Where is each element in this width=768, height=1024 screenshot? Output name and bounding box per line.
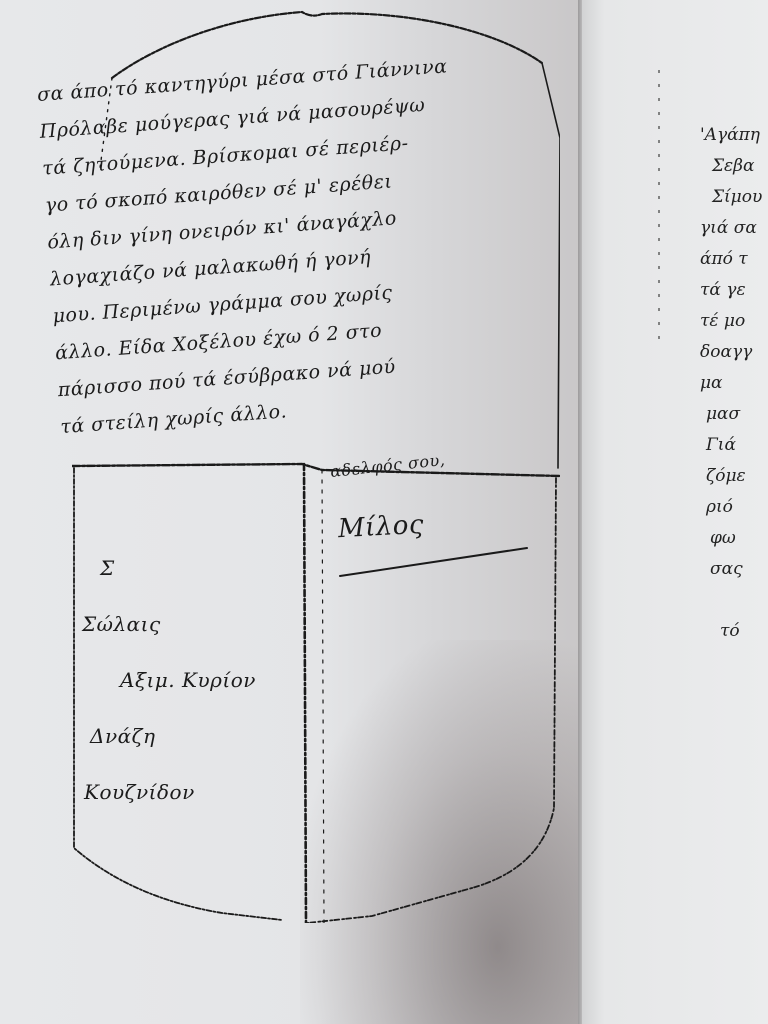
right-line: φω [710,523,762,554]
right-line: τό [720,616,762,647]
right-line: άπό τ [700,244,762,275]
right-line: Σεβα [712,151,762,182]
right-line: τά γε [700,275,762,306]
right-line: Γιά [706,430,762,461]
right-line: Σίμου [712,182,762,213]
right-line: μα [700,368,762,399]
letter-body: σα άπο τό καντηγύρι μέσα στό Γιάννινα Πρ… [36,49,472,447]
right-line: γιά σα [700,213,762,244]
right-page-dashed-margin [658,70,660,350]
right-page-text: 'Αγάπη Σεβα Σίμου γιά σα άπό τ τά γε τέ … [700,120,762,647]
right-line: τέ μο [700,306,762,337]
right-line: δοαγγ [700,337,762,368]
address-line: Σ [100,540,256,596]
right-line: 'Αγάπη [700,120,762,151]
right-line: σας [710,554,762,585]
signature: Μίλος [337,508,425,547]
right-line: ζόμε [706,461,762,492]
right-line: μασ [706,399,762,430]
right-line: ριό [706,492,762,523]
envelope-address: Σ Σώλαις Αξιμ. Κυρίον Δνάζη Κουζνίδον [80,540,256,820]
address-line: Κουζνίδον [84,764,256,820]
address-line: Αξιμ. Κυρίον [120,652,256,708]
address-line: Δνάζη [90,708,256,764]
right-line [700,585,762,616]
address-line: Σώλαις [82,596,256,652]
